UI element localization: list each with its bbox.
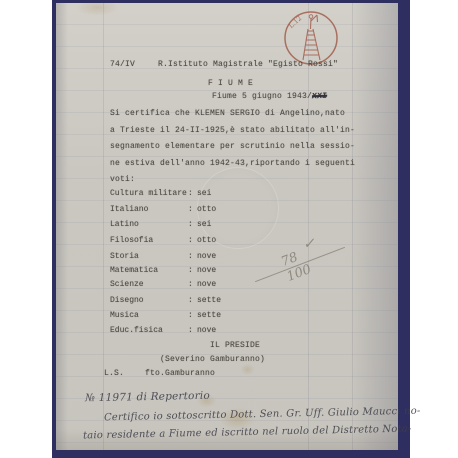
notary-line-3: taio residente a Fiume ed iscritto nel r… [83,424,412,442]
grade-value: sette [197,311,221,320]
grade-separator: : [188,266,193,275]
grade-value: nove [197,252,216,261]
certificate-body-line: Si certifica che KLEMEN SERGIO di Angeli… [110,109,345,118]
date-line: Fiume 5 giugno 1943/XXI [212,92,327,101]
statue-monument-icon [303,15,320,60]
institute-name: R.Istituto Magistrale "Egisto Rossi" [158,60,338,69]
preside-title: IL PRESIDE [210,341,260,350]
grade-row: Educ.fisica:nove [56,326,398,338]
subject-label: Educ.fisica [110,326,163,335]
grade-value: nove [197,266,216,275]
ls-seal-mark: L.S. [104,369,124,378]
subject-label: Musica [110,311,139,320]
grade-row: Scienze:nove [56,280,398,292]
ref-number: 74/IV [110,60,135,69]
grade-separator: : [188,326,193,335]
preside-name: (Severino Gamburanno) [160,355,265,364]
grade-separator: : [188,280,193,289]
check-icon: ✓ [302,235,315,252]
stamp-value-label: L.12 [287,14,303,30]
scanned-certificate-page: { "palette": { "border_navy": "#2e2e60",… [0,0,458,458]
grade-value: otto [197,236,216,245]
grade-separator: : [188,220,193,229]
subject-label: Italiano [110,205,148,214]
grade-separator: : [188,311,193,320]
subject-label: Filosofia [110,236,153,245]
grade-value: sette [197,296,221,305]
grade-row: Disegno:sette [56,296,398,308]
date-text: Fiume 5 giugno 1943/ [212,92,312,101]
grade-value: sei [197,189,211,198]
grade-value: otto [197,205,216,214]
certificate-paper: L.12 74/IV R.Istituto Magistrale "Egisto… [56,3,398,450]
grade-row: Cultura militare:sei [56,189,398,201]
grade-value: sei [197,220,211,229]
fto-signature: fto.Gamburanno [145,369,215,378]
subject-label: Scienze [110,280,144,289]
grade-row: Italiano:otto [56,205,398,217]
city-name: F I U M E [208,79,253,88]
struck-era-year: XXI [312,92,328,102]
grade-row: Latino:sei [56,220,398,232]
grade-value: nove [197,326,216,335]
subject-label: Disegno [110,296,144,305]
subject-label: Storia [110,252,139,261]
grade-row: Filosofia:otto [56,236,398,248]
grade-separator: : [188,252,193,261]
grade-value: nove [197,280,216,289]
subject-label: Latino [110,220,139,229]
certificate-body-line: voti: [110,175,135,184]
certificate-body-line: ne estiva dell'anno 1942-43,riportando i… [110,159,355,168]
grade-separator: : [188,189,193,198]
grade-separator: : [188,236,193,245]
grade-row: Matematica:nove [56,266,398,278]
notary-line-1: № 11971 di Repertorio [85,390,210,405]
subject-label: Matematica [110,266,158,275]
grade-separator: : [188,205,193,214]
certificate-body-line: a Trieste il 24-II-1925,è stato abilitat… [110,126,355,135]
certificate-body-line: segnamento elementare per scrutinio nell… [110,142,355,151]
document-photo: L.12 74/IV R.Istituto Magistrale "Egisto… [52,0,410,458]
subject-label: Cultura militare [110,189,187,198]
grade-separator: : [188,296,193,305]
notary-line-2: Certifico io sottoscritto Dott. Sen. Gr.… [104,406,421,424]
grade-row: Musica:sette [56,311,398,323]
